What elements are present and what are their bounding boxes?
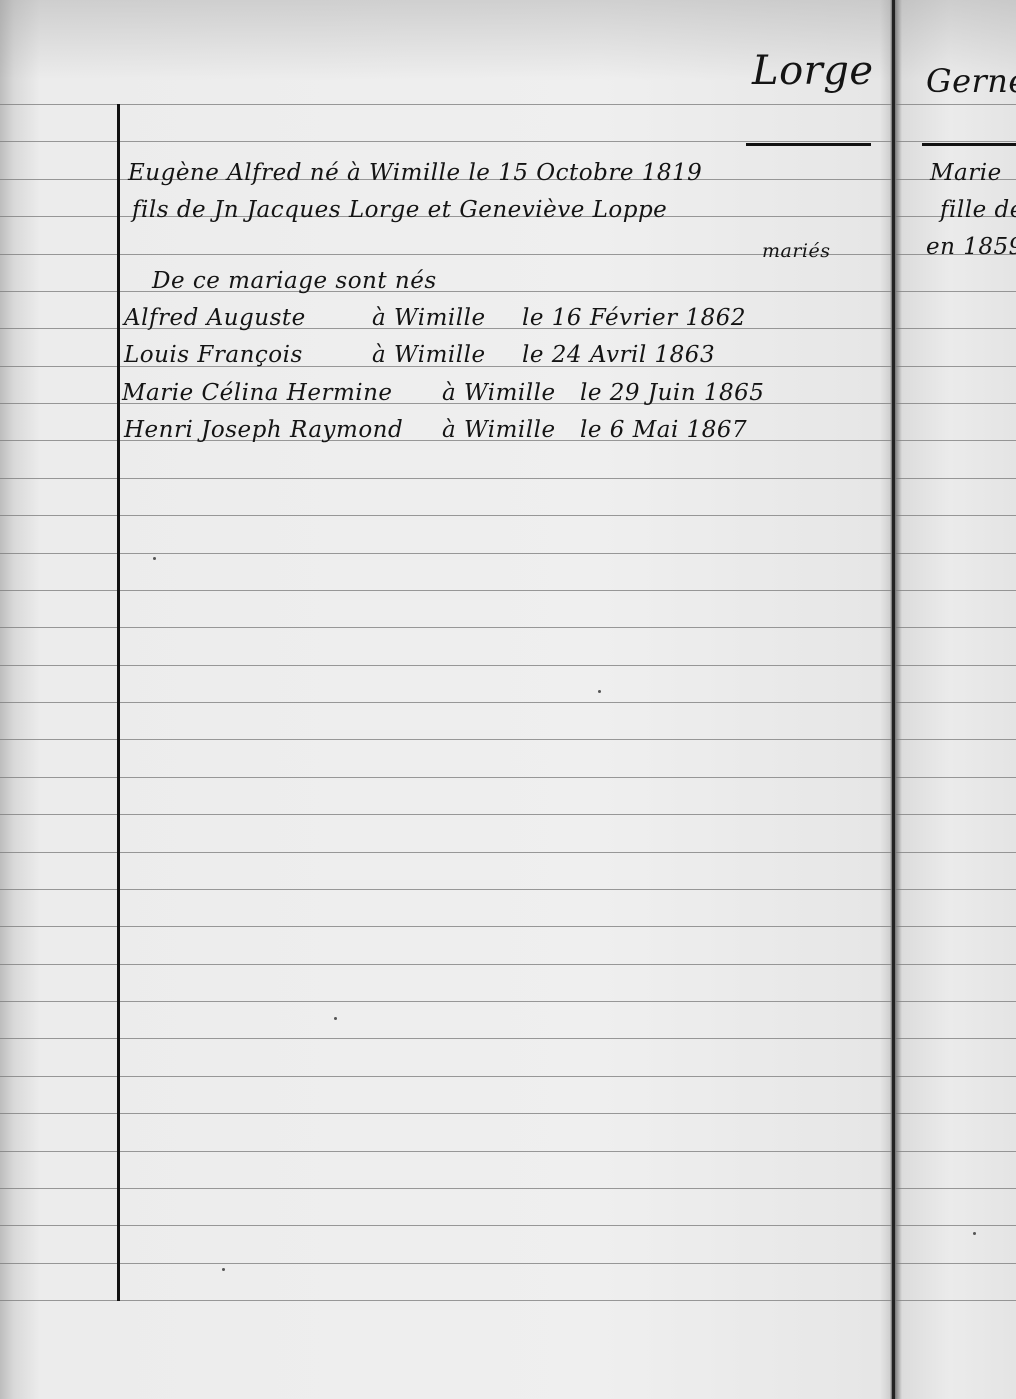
ruled-line bbox=[0, 1076, 1016, 1077]
right-entry-line-3: en 1859 bbox=[926, 234, 1016, 260]
child-place: à Wimille bbox=[442, 417, 556, 443]
paper-speck bbox=[334, 1017, 337, 1020]
child-date: le 16 Février 1862 bbox=[522, 305, 746, 331]
ruled-line bbox=[0, 254, 1016, 255]
ruled-line bbox=[0, 553, 1016, 554]
paper-speck bbox=[598, 690, 601, 693]
page-gutter bbox=[892, 0, 895, 1399]
child-date: le 6 Mai 1867 bbox=[580, 417, 747, 443]
entry-father-birth: Eugène Alfred né à Wimille le 15 Octobre… bbox=[128, 160, 702, 186]
ruled-line bbox=[0, 739, 1016, 740]
paper-speck bbox=[153, 557, 156, 560]
ruled-line bbox=[0, 1151, 1016, 1152]
child-name: Henri Joseph Raymond bbox=[124, 417, 403, 443]
entry-maries: mariés bbox=[762, 240, 831, 262]
child-place: à Wimille bbox=[442, 380, 556, 406]
ruled-line bbox=[0, 1263, 1016, 1264]
ruled-line bbox=[0, 1225, 1016, 1226]
ruled-line bbox=[0, 777, 1016, 778]
right-entry-line-2: fille de bbox=[940, 197, 1016, 223]
ruled-line bbox=[0, 515, 1016, 516]
entry-father-parents: fils de Jn Jacques Lorge et Geneviève Lo… bbox=[132, 197, 667, 223]
right-entry-line-1: Marie bbox=[930, 160, 1002, 186]
ruled-line bbox=[0, 852, 1016, 853]
child-name: Alfred Auguste bbox=[124, 305, 306, 331]
left-margin-line bbox=[117, 104, 120, 1301]
child-place: à Wimille bbox=[372, 342, 486, 368]
ruled-line bbox=[0, 1113, 1016, 1114]
ruled-line bbox=[0, 1188, 1016, 1189]
ruled-line bbox=[0, 702, 1016, 703]
heading-underline-right bbox=[922, 143, 1016, 146]
paper-speck bbox=[222, 1268, 225, 1271]
child-date: le 24 Avril 1863 bbox=[522, 342, 715, 368]
child-name: Marie Célina Hermine bbox=[122, 380, 393, 406]
ruled-line bbox=[0, 141, 1016, 142]
ruled-line bbox=[0, 1038, 1016, 1039]
ruled-line bbox=[0, 665, 1016, 666]
surname-heading-left: Lorge bbox=[752, 48, 874, 94]
surname-heading-right: Gerneau bbox=[926, 62, 1016, 100]
ruled-line bbox=[0, 1001, 1016, 1002]
heading-underline-left bbox=[746, 143, 871, 146]
ruled-line bbox=[0, 104, 1016, 105]
ruled-line bbox=[0, 926, 1016, 927]
paper-speck bbox=[973, 1232, 976, 1235]
ruled-line bbox=[0, 478, 1016, 479]
ruled-line bbox=[0, 889, 1016, 890]
ruled-line bbox=[0, 590, 1016, 591]
ruled-line bbox=[0, 964, 1016, 965]
ruled-line bbox=[0, 814, 1016, 815]
child-date: le 29 Juin 1865 bbox=[580, 380, 764, 406]
entry-children-intro: De ce mariage sont nés bbox=[152, 268, 437, 294]
child-place: à Wimille bbox=[372, 305, 486, 331]
ruled-line bbox=[0, 1300, 1016, 1301]
register-page: Lorge Gerneau Eugène Alfred né à Wimille… bbox=[0, 0, 1016, 1399]
child-name: Louis François bbox=[124, 342, 303, 368]
ruled-line bbox=[0, 627, 1016, 628]
